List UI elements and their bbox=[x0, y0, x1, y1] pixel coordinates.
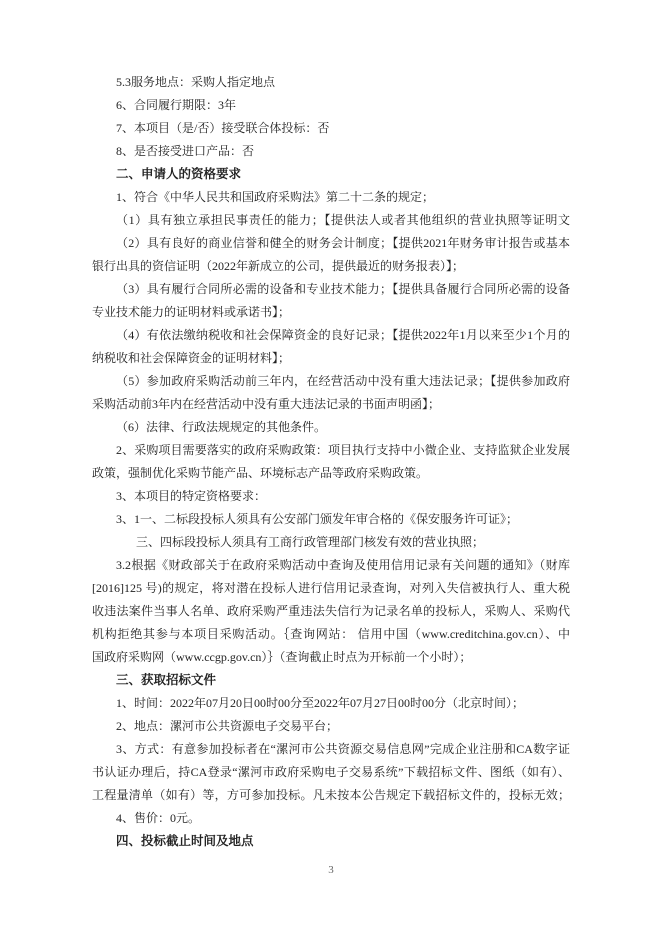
document-line: 1、符合《中华人民共和国政府采购法》第二十二条的规定； bbox=[92, 186, 570, 209]
document-line: 纳税收和社会保障资金的证明材料】； bbox=[92, 347, 570, 370]
document-line: [2016]125 号)的规定，将对潜在投标人进行信用记录查询，对列入失信被执行… bbox=[92, 577, 570, 600]
document-line: （6）法律、行政法规规定的其他条件。 bbox=[92, 416, 570, 439]
page-number: 3 bbox=[0, 864, 662, 876]
document-line: （2）具有良好的商业信誉和健全的财务会计制度；【提供2021年财务审计报告或基本… bbox=[92, 232, 570, 255]
document-line: 2、采购项目需要落实的政府采购政策：项目执行支持中小微企业、支持监狱企业发展 bbox=[92, 439, 570, 462]
document-page: 5.3服务地点：采购人指定地点6、合同履行期限：3年7、本项目（是/否）接受联合… bbox=[0, 0, 662, 936]
section-heading: 二、申请人的资格要求 bbox=[92, 163, 570, 186]
section-heading: 三、获取招标文件 bbox=[92, 669, 570, 692]
document-line: 书认证办理后，持CA登录“漯河市政府采购电子交易系统”下载招标文件、图纸（如有）… bbox=[92, 761, 570, 784]
document-line: 2、地点：漯河市公共资源电子交易平台； bbox=[92, 715, 570, 738]
document-line: 3、方式：有意参加投标者在“漯河市公共资源交易信息网”完成企业注册和CA数字证 bbox=[92, 738, 570, 761]
document-line: 收违法案件当事人名单、政府采购严重违法失信行为记录名单的投标人，采购人、采购代理 bbox=[92, 600, 570, 623]
document-line: 7、本项目（是/否）接受联合体投标：否 bbox=[92, 117, 570, 140]
document-line: 政策，强制优化采购节能产品、环境标志产品等政府采购政策。 bbox=[92, 462, 570, 485]
document-line: （5）参加政府采购活动前三年内，在经营活动中没有重大违法记录；【提供参加政府 bbox=[92, 370, 570, 393]
document-line: 国政府采购网（www.ccgp.gov.cn）｝（查询截止时点为开标前一个小时）… bbox=[92, 646, 570, 669]
document-line: 3、1一、二标段投标人须具有公安部门颁发年审合格的《保安服务许可证》； bbox=[92, 508, 570, 531]
document-line: 工程量清单（如有）等，方可参加投标。凡未按本公告规定下载招标文件的，投标无效； bbox=[92, 784, 570, 807]
document-line: 8、是否接受进口产品：否 bbox=[92, 140, 570, 163]
document-line: 采购活动前3年内在经营活动中没有重大违法记录的书面声明函】； bbox=[92, 393, 570, 416]
document-line: 机构拒绝其参与本项目采购活动。｛查询网站： 信用中国（www.creditchi… bbox=[92, 623, 570, 646]
document-line: （4）有依法缴纳税收和社会保障资金的良好记录；【提供2022年1月以来至少1个月… bbox=[92, 324, 570, 347]
document-line: 三、四标段投标人须具有工商行政管理部门核发有效的营业执照； bbox=[92, 531, 570, 554]
document-line: 4、售价：0元。 bbox=[92, 807, 570, 830]
document-line: （1）具有独立承担民事责任的能力；【提供法人或者其他组织的营业执照等证明文件】； bbox=[92, 209, 570, 232]
document-line: 1、时间：2022年07月20日00时00分至2022年07月27日00时00分… bbox=[92, 692, 570, 715]
document-line: 3.2根据《财政部关于在政府采购活动中查询及使用信用记录有关问题的通知》（财库 bbox=[92, 554, 570, 577]
document-body: 5.3服务地点：采购人指定地点6、合同履行期限：3年7、本项目（是/否）接受联合… bbox=[92, 71, 570, 853]
document-line: 专业技术能力的证明材料或承诺书】； bbox=[92, 301, 570, 324]
document-line: 5.3服务地点：采购人指定地点 bbox=[92, 71, 570, 94]
document-line: 银行出具的资信证明（2022年新成立的公司，提供最近的财务报表）】； bbox=[92, 255, 570, 278]
document-line: （3）具有履行合同所必需的设备和专业技术能力；【提供具备履行合同所必需的设备和 bbox=[92, 278, 570, 301]
section-heading: 四、投标截止时间及地点 bbox=[92, 830, 570, 853]
document-line: 6、合同履行期限：3年 bbox=[92, 94, 570, 117]
document-line: 3、本项目的特定资格要求： bbox=[92, 485, 570, 508]
